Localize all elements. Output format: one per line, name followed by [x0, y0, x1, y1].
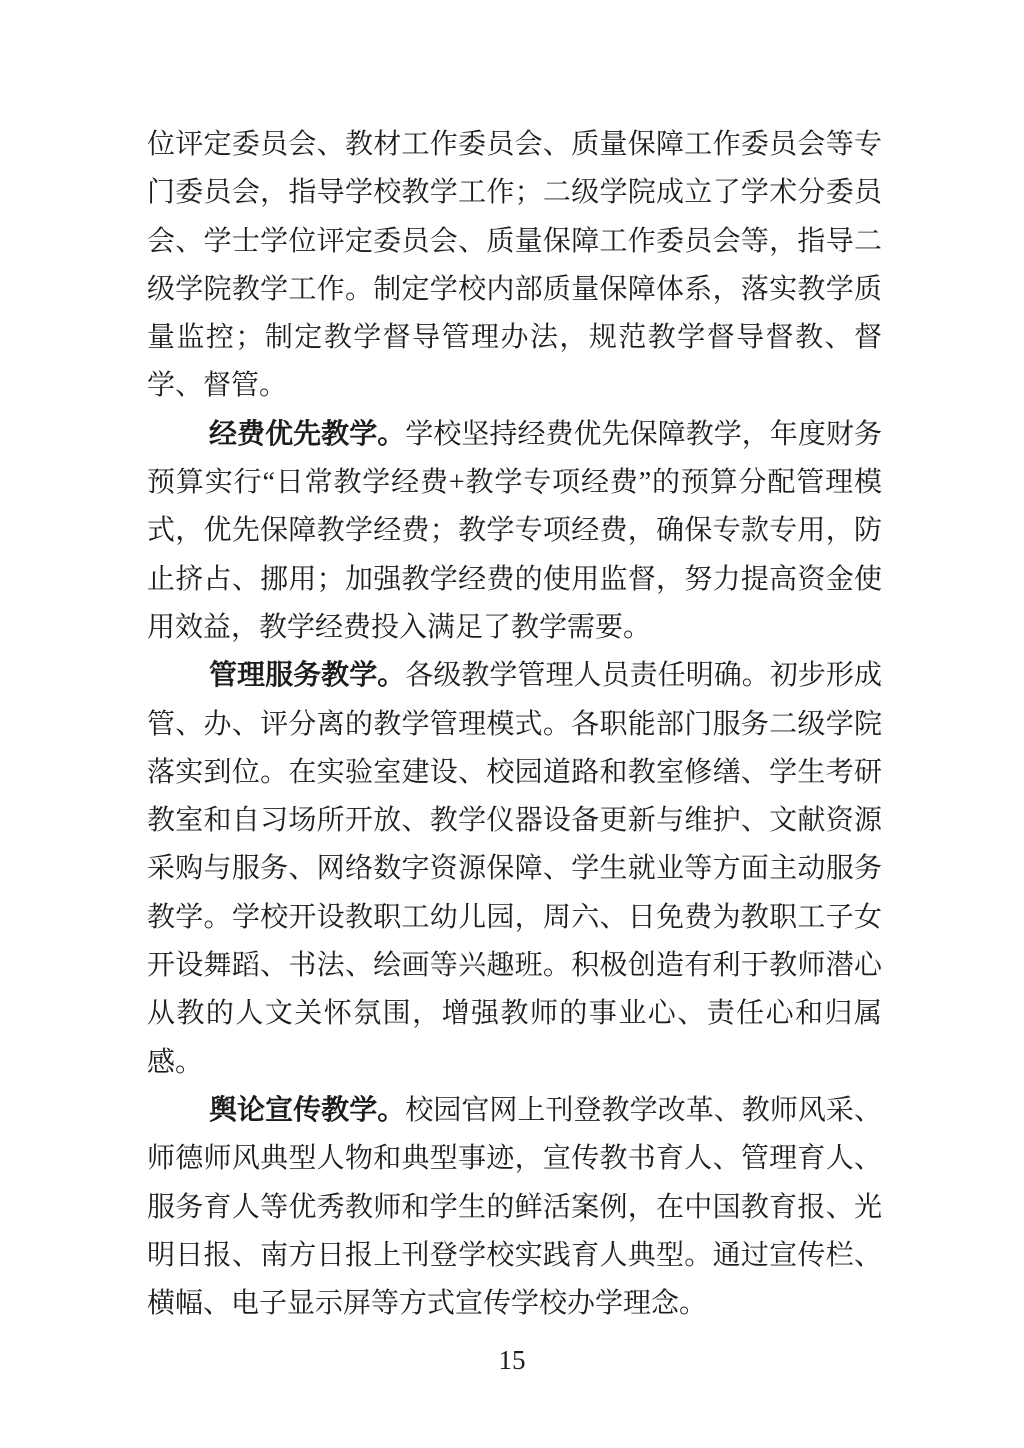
- document-body: 位评定委员会、教材工作委员会、质量保障工作委员会等专门委员会，指导学校教学工作；…: [147, 121, 882, 1328]
- paragraph-text: 各级教学管理人员责任明确。初步形成管、办、评分离的教学管理模式。各职能部门服务二…: [147, 660, 882, 1077]
- paragraph: 位评定委员会、教材工作委员会、质量保障工作委员会等专门委员会，指导学校教学工作；…: [147, 121, 882, 411]
- paragraph-text: 校园官网上刊登教学改革、教师风采、师德师风典型人物和典型事迹，宣传教书育人、管理…: [147, 1095, 882, 1319]
- paragraph-text: 学校坚持经费优先保障教学，年度财务预算实行“日常教学经费+教学专项经费”的预算分…: [147, 419, 882, 643]
- paragraph: 舆论宣传教学。校园官网上刊登教学改革、教师风采、师德师风典型人物和典型事迹，宣传…: [147, 1087, 882, 1328]
- paragraph-text: 位评定委员会、教材工作委员会、质量保障工作委员会等专门委员会，指导学校教学工作；…: [147, 129, 882, 401]
- paragraph: 经费优先教学。学校坚持经费优先保障教学，年度财务预算实行“日常教学经费+教学专项…: [147, 411, 882, 652]
- paragraph: 管理服务教学。各级教学管理人员责任明确。初步形成管、办、评分离的教学管理模式。各…: [147, 652, 882, 1087]
- paragraph-lead: 经费优先教学。: [209, 419, 405, 450]
- page-number: 15: [0, 1340, 1024, 1380]
- paragraph-lead: 舆论宣传教学。: [209, 1095, 405, 1126]
- document-page: 位评定委员会、教材工作委员会、质量保障工作委员会等专门委员会，指导学校教学工作；…: [0, 0, 1024, 1448]
- paragraph-lead: 管理服务教学。: [209, 660, 405, 691]
